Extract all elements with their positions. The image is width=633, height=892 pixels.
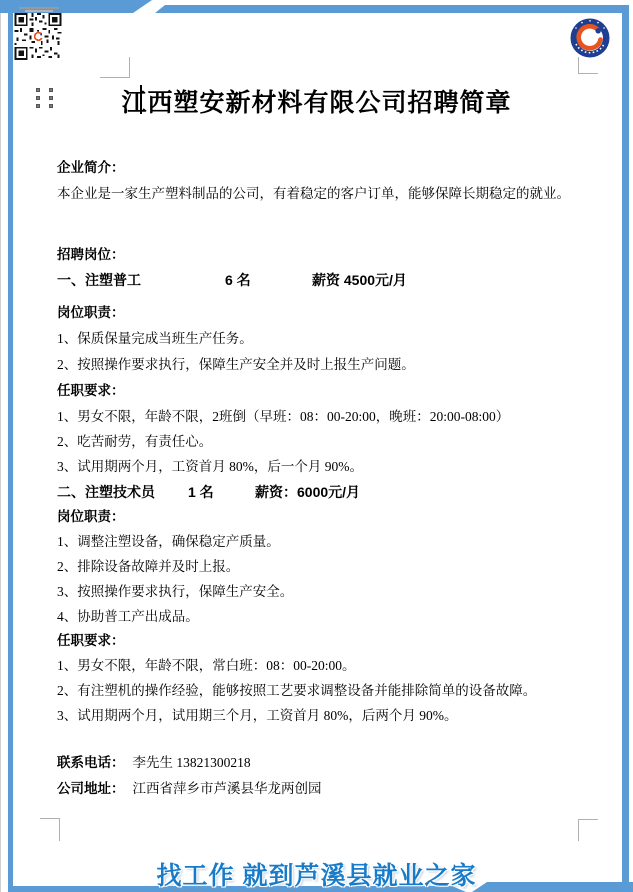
positions-heading: 招聘岗位： bbox=[57, 245, 617, 265]
job2-requirement-2: 2、有注塑机的操作经验，能够按照工艺要求调整设备并能排除简单的设备故障。 bbox=[57, 681, 617, 701]
phone-value: 李先生 13821300218 bbox=[133, 755, 251, 770]
job1-duty-2: 2、按照操作要求执行，保障生产安全并及时上报生产问题。 bbox=[57, 355, 617, 375]
job2-requirements-heading: 任职要求： bbox=[57, 631, 617, 651]
job2-duties-heading: 岗位职责： bbox=[57, 507, 617, 527]
job2-requirement-3: 3、试用期两个月，试用期三个月，工资首月 80%，后两个月 90%。 bbox=[57, 706, 617, 726]
document-page: 江西塑安新材料有限公司招聘简章 企业简介： 本企业是一家生产塑料制品的公司，有着… bbox=[0, 0, 633, 892]
frame-corner-mark-top-right bbox=[578, 57, 598, 74]
qr-caption-text bbox=[19, 7, 59, 9]
job1-duty-1: 1、保质保量完成当班生产任务。 bbox=[57, 329, 617, 349]
text-cursor bbox=[140, 85, 142, 114]
right-border bbox=[622, 5, 629, 892]
left-border bbox=[8, 0, 13, 889]
job2-duty-2: 2、排除设备故障并及时上报。 bbox=[57, 557, 617, 577]
page-title: 江西塑安新材料有限公司招聘简章 bbox=[121, 90, 511, 117]
address-label: 公司地址： bbox=[57, 781, 125, 796]
job1-requirement-2: 2、吃苦耐劳，有责任心。 bbox=[57, 432, 617, 452]
job2-name: 二、注塑技术员 bbox=[57, 484, 155, 500]
top-border-right-segment bbox=[155, 5, 629, 13]
job1-requirement-3: 3、试用期两个月，工资首月 80%，后一个月 90%。 bbox=[57, 457, 617, 477]
job1-salary: 薪资 4500元/月 bbox=[312, 270, 407, 291]
qr-code bbox=[13, 6, 65, 60]
job1-duties-heading: 岗位职责： bbox=[57, 303, 617, 323]
job1-requirements-heading: 任职要求： bbox=[57, 381, 617, 401]
job2-title-line: 二、注塑技术员 1 名 薪资：6000元/月 bbox=[57, 482, 617, 503]
phone-label: 联系电话： bbox=[57, 755, 125, 770]
job2-duty-3: 3、按照操作要求执行，保障生产安全。 bbox=[57, 582, 617, 602]
frame-corner-mark-top-left bbox=[100, 57, 130, 78]
job2-salary: 薪资：6000元/月 bbox=[255, 482, 360, 503]
job2-duty-4: 4、协助普工产出成品。 bbox=[57, 607, 617, 627]
footer-slogan: 找工作 就到芦溪县就业之家 bbox=[0, 856, 633, 892]
job2-duty-1: 1、调整注塑设备，确保稳定产质量。 bbox=[57, 532, 617, 552]
job1-name: 一、注塑普工 bbox=[57, 272, 141, 288]
job1-count: 6 名 bbox=[225, 270, 251, 291]
intro-text: 本企业是一家生产塑料制品的公司，有着稳定的客户订单，能够保障长期稳定的就业。 bbox=[57, 184, 617, 204]
page-edge-line bbox=[0, 0, 1, 892]
job2-requirement-1: 1、男女不限，年龄不限，常白班：08：00-20:00。 bbox=[57, 656, 617, 676]
address-value: 江西省萍乡市芦溪县华龙两创园 bbox=[133, 781, 322, 796]
intro-heading: 企业简介： bbox=[57, 158, 617, 178]
frame-corner-mark-bottom-right bbox=[578, 819, 598, 841]
job1-title-line: 一、注塑普工 6 名 薪资 4500元/月 bbox=[57, 270, 617, 291]
contact-address-line: 公司地址：江西省萍乡市芦溪县华龙两创园 bbox=[57, 779, 617, 799]
job1-requirement-1: 1、男女不限，年龄不限，2班倒（早班：08：00-20:00，晚班：20:00-… bbox=[57, 407, 617, 427]
contact-phone-line: 联系电话：李先生 13821300218 bbox=[57, 753, 617, 773]
frame-corner-mark-bottom-left bbox=[40, 818, 60, 841]
job2-count: 1 名 bbox=[188, 482, 214, 503]
qr-code-icon bbox=[13, 13, 63, 60]
employment-center-emblem-icon bbox=[570, 18, 610, 58]
title-row: 江西塑安新材料有限公司招聘简章 bbox=[0, 83, 633, 119]
